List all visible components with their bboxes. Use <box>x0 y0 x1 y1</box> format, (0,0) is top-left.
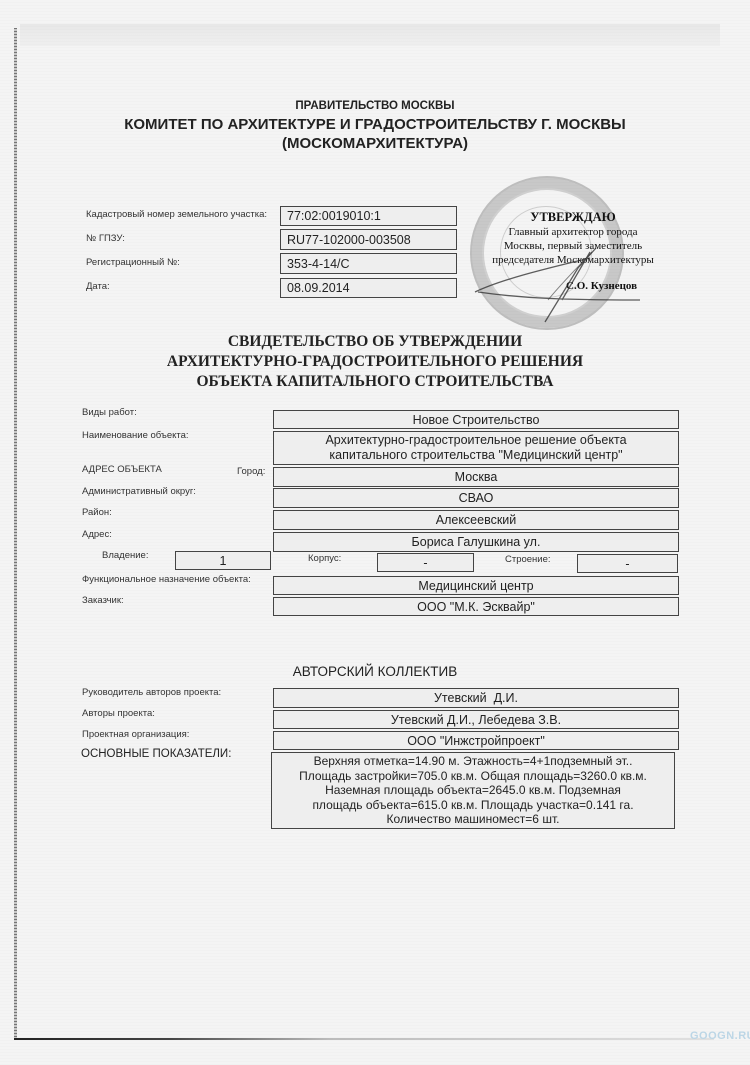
indicator-line: Наземная площадь объекта=2645.0 кв.м. По… <box>325 783 621 798</box>
authors-section-title: АВТОРСКИЙ КОЛЛЕКТИВ <box>0 664 750 679</box>
gpzu-value: RU77-102000-003508 <box>287 233 411 247</box>
city-value: Москва <box>455 470 498 484</box>
date-field: 08.09.2014 <box>280 278 457 298</box>
structure-value: - <box>625 557 629 571</box>
authors-value: Утевский Д.И., Лебедева З.В. <box>391 713 561 727</box>
structure-label: Строение: <box>505 554 551 565</box>
date-label: Дата: <box>86 281 110 292</box>
work-type-label: Виды работ: <box>82 407 137 418</box>
address-label: Адрес: <box>82 529 112 540</box>
date-value: 08.09.2014 <box>287 281 350 295</box>
building-field: - <box>377 553 474 572</box>
object-name-field: Архитектурно-градостроительное решение о… <box>273 431 679 465</box>
signatory-name: С.О. Кузнецов <box>566 280 637 292</box>
district-field: Алексеевский <box>273 510 679 530</box>
scan-bottom-edge <box>14 1038 714 1040</box>
certificate-title-2: АРХИТЕКТУРНО-ГРАДОСТРОИТЕЛЬНОГО РЕШЕНИЯ <box>0 353 750 371</box>
building-label: Корпус: <box>308 553 341 564</box>
address-heading: АДРЕС ОБЪЕКТА <box>82 464 162 475</box>
ownership-value: 1 <box>220 554 227 568</box>
reg-number-label: Регистрационный №: <box>86 257 180 268</box>
purpose-value: Медицинский центр <box>418 579 533 593</box>
customer-label: Заказчик: <box>82 595 124 606</box>
reg-number-value: 353-4-14/С <box>287 257 350 271</box>
ownership-label: Владение: <box>102 550 148 561</box>
gpzu-field: RU77-102000-003508 <box>280 229 457 250</box>
cadastral-value: 77:02:0019010:1 <box>287 209 381 223</box>
gpzu-label: № ГПЗУ: <box>86 233 125 244</box>
cadastral-label: Кадастровый номер земельного участка: <box>86 209 267 220</box>
cadastral-field: 77:02:0019010:1 <box>280 206 457 226</box>
work-type-value: Новое Строительство <box>413 413 540 427</box>
work-type-field: Новое Строительство <box>273 410 679 429</box>
lead-author-value: Утевский Д.И. <box>434 691 518 705</box>
object-name-label: Наименование объекта: <box>82 430 189 441</box>
building-value: - <box>423 556 427 570</box>
customer-value: ООО "М.К. Эсквайр" <box>417 600 535 614</box>
city-field: Москва <box>273 467 679 487</box>
lead-author-field: Утевский Д.И. <box>273 688 679 708</box>
authors-field: Утевский Д.И., Лебедева З.В. <box>273 710 679 729</box>
object-name-line-1: Архитектурно-градостроительное решение о… <box>325 433 626 448</box>
structure-field: - <box>577 554 678 573</box>
admin-district-label: Административный округ: <box>82 486 196 497</box>
address-field: Бориса Галушкина ул. <box>273 532 679 552</box>
document-page: ПРАВИТЕЛЬСТВО МОСКВЫ КОМИТЕТ ПО АРХИТЕКТ… <box>0 0 750 1065</box>
scan-left-edge <box>14 28 17 1038</box>
approval-line-3: председателя Москомархитектуры <box>462 254 684 266</box>
header-abbrev: (МОСКОМАРХИТЕКТУРА) <box>0 135 750 152</box>
approval-line-2: Москвы, первый заместитель <box>468 240 678 252</box>
object-name-line-2: капитального строительства "Медицинский … <box>329 448 622 463</box>
header-committee: КОМИТЕТ ПО АРХИТЕКТУРЕ И ГРАДОСТРОИТЕЛЬС… <box>0 116 750 133</box>
approval-heading: УТВЕРЖДАЮ <box>468 210 678 225</box>
city-label: Город: <box>237 466 265 477</box>
certificate-title-1: СВИДЕТЕЛЬСТВО ОБ УТВЕРЖДЕНИИ <box>0 333 750 351</box>
scan-top-shadow <box>20 24 720 46</box>
indicators-label: ОСНОВНЫЕ ПОКАЗАТЕЛИ: <box>81 748 231 760</box>
district-label: Район: <box>82 507 112 518</box>
indicator-line: Количество машиномест=6 шт. <box>387 812 560 827</box>
watermark: GOOGN.RU <box>690 1030 750 1042</box>
design-org-value: ООО "Инжстройпроект" <box>407 734 545 748</box>
district-value: Алексеевский <box>436 513 517 527</box>
authors-label: Авторы проекта: <box>82 708 155 719</box>
approval-line-1: Главный архитектор города <box>468 226 678 238</box>
design-org-label: Проектная организация: <box>82 729 189 740</box>
indicator-line: площадь объекта=615.0 кв.м. Площадь учас… <box>312 798 633 813</box>
design-org-field: ООО "Инжстройпроект" <box>273 731 679 750</box>
certificate-title-3: ОБЪЕКТА КАПИТАЛЬНОГО СТРОИТЕЛЬСТВА <box>0 373 750 391</box>
header-government: ПРАВИТЕЛЬСТВО МОСКВЫ <box>0 100 750 112</box>
indicator-line: Площадь застройки=705.0 кв.м. Общая площ… <box>299 769 647 784</box>
indicator-line: Верхняя отметка=14.90 м. Этажность=4+1по… <box>314 754 633 769</box>
purpose-label: Функциональное назначение объекта: <box>82 574 251 585</box>
reg-number-field: 353-4-14/С <box>280 253 457 274</box>
purpose-field: Медицинский центр <box>273 576 679 595</box>
ownership-field: 1 <box>175 551 271 570</box>
admin-district-field: СВАО <box>273 488 679 508</box>
indicators-field: Верхняя отметка=14.90 м. Этажность=4+1по… <box>271 752 675 829</box>
lead-author-label: Руководитель авторов проекта: <box>82 687 221 698</box>
admin-district-value: СВАО <box>459 491 494 505</box>
customer-field: ООО "М.К. Эсквайр" <box>273 597 679 616</box>
address-value: Бориса Галушкина ул. <box>412 535 541 549</box>
